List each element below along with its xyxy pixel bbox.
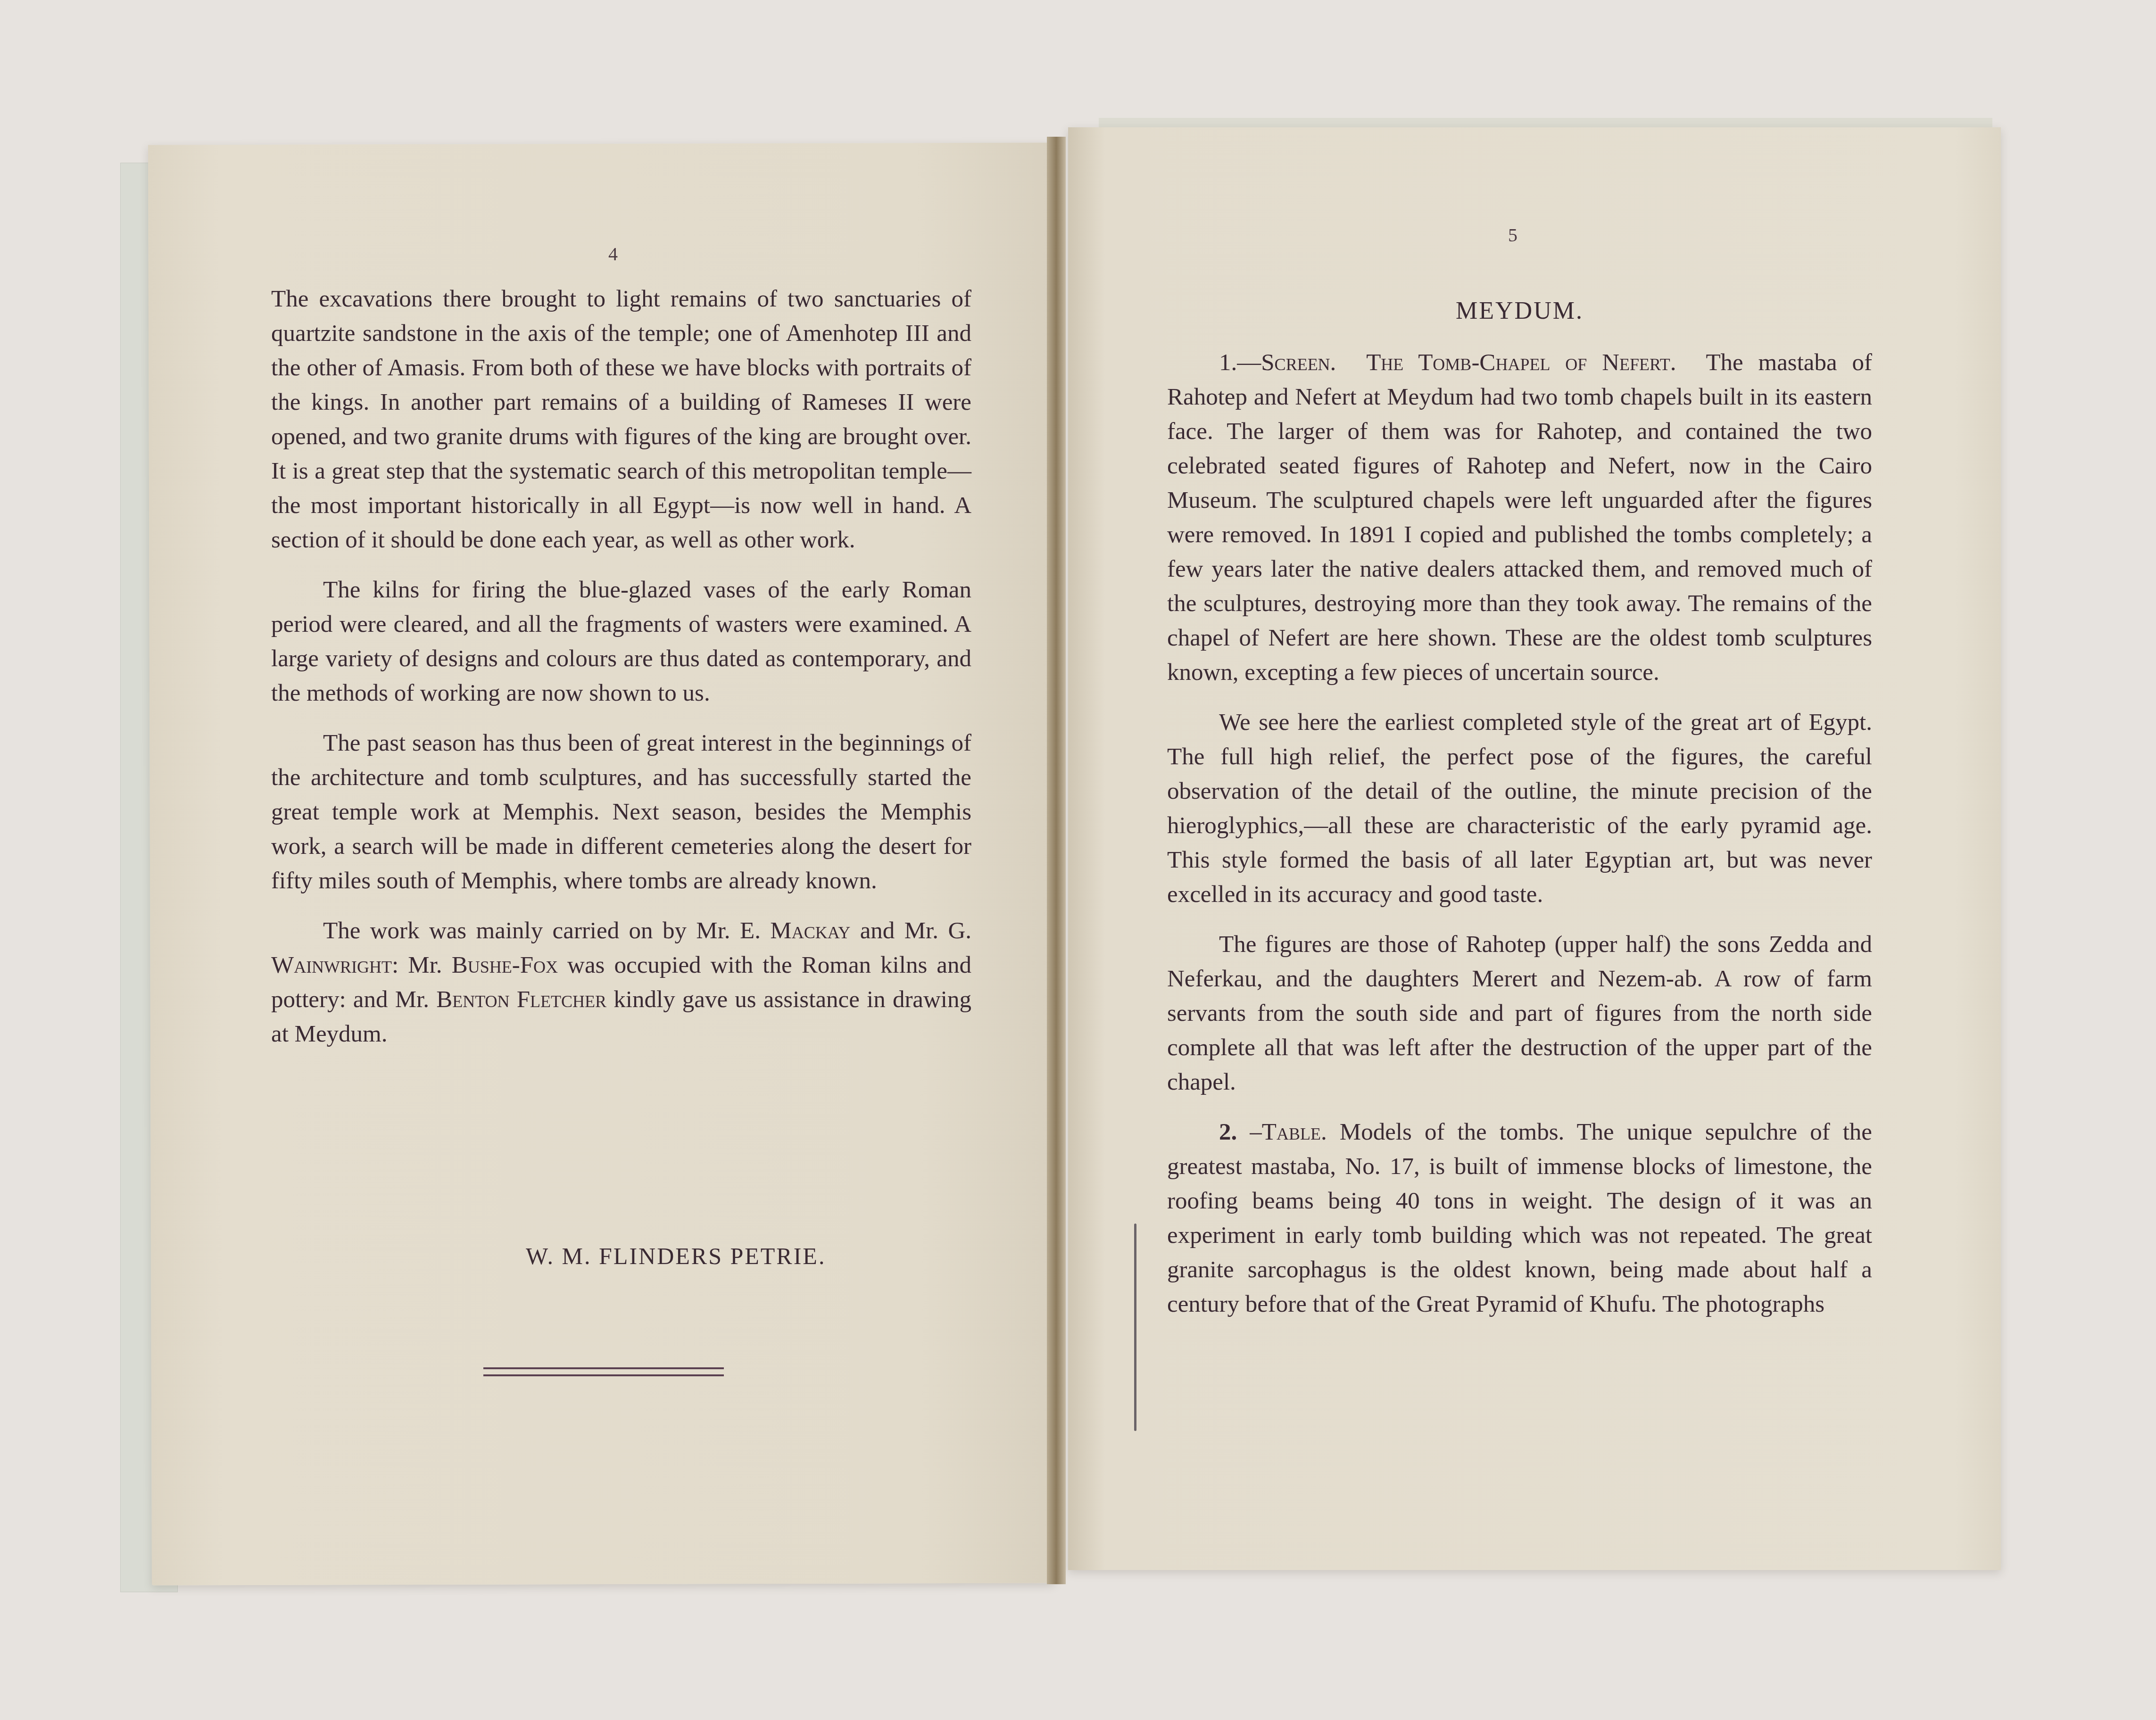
section-2-table: 2. –Table. Models of the tombs. The uniq… [1167, 1115, 1872, 1322]
author-signature: W. M. FLINDERS PETRIE. [526, 1242, 826, 1270]
paragraph-kilns: The kilns for firing the blue-glazed vas… [271, 573, 971, 711]
paragraph-excavations: The excavations there brought to light r… [271, 282, 971, 557]
paragraph-figures: The figures are those of Rahotep (upper … [1167, 927, 1872, 1100]
section-1-label: Screen. [1261, 349, 1336, 376]
section-heading-meydum: MEYDUM. [1167, 297, 1872, 325]
name-bushe-fox: Bushe-Fox [452, 952, 558, 978]
pencil-margin-mark [1134, 1224, 1136, 1431]
page-number-left: 4 [608, 243, 618, 265]
double-rule-top [483, 1367, 724, 1369]
section-2-label: Table. [1262, 1119, 1327, 1145]
paragraph-credits: The work was mainly carried on by Mr. E.… [271, 914, 971, 1051]
name-benton-fletcher: Benton Fletcher [436, 986, 606, 1013]
book-gutter [1047, 137, 1066, 1584]
paragraph-earliest-style: We see here the earliest completed style… [1167, 705, 1872, 912]
name-wainwright: Wainwright [271, 952, 392, 978]
section-1-title: The Tomb-Chapel of Nefert. [1366, 349, 1676, 376]
right-page-text: 1.—Screen. The Tomb-Chapel of Nefert. Th… [1167, 346, 1872, 1337]
name-mackay: Mackay [770, 918, 850, 944]
paragraph-past-season: The past season has thus been of great i… [271, 726, 971, 898]
left-page-text: The excavations there brought to light r… [271, 282, 971, 1067]
section-1-screen: 1.—Screen. The Tomb-Chapel of Nefert. Th… [1167, 346, 1872, 690]
double-rule-bottom [483, 1374, 724, 1376]
page-number-right: 5 [1508, 224, 1517, 246]
